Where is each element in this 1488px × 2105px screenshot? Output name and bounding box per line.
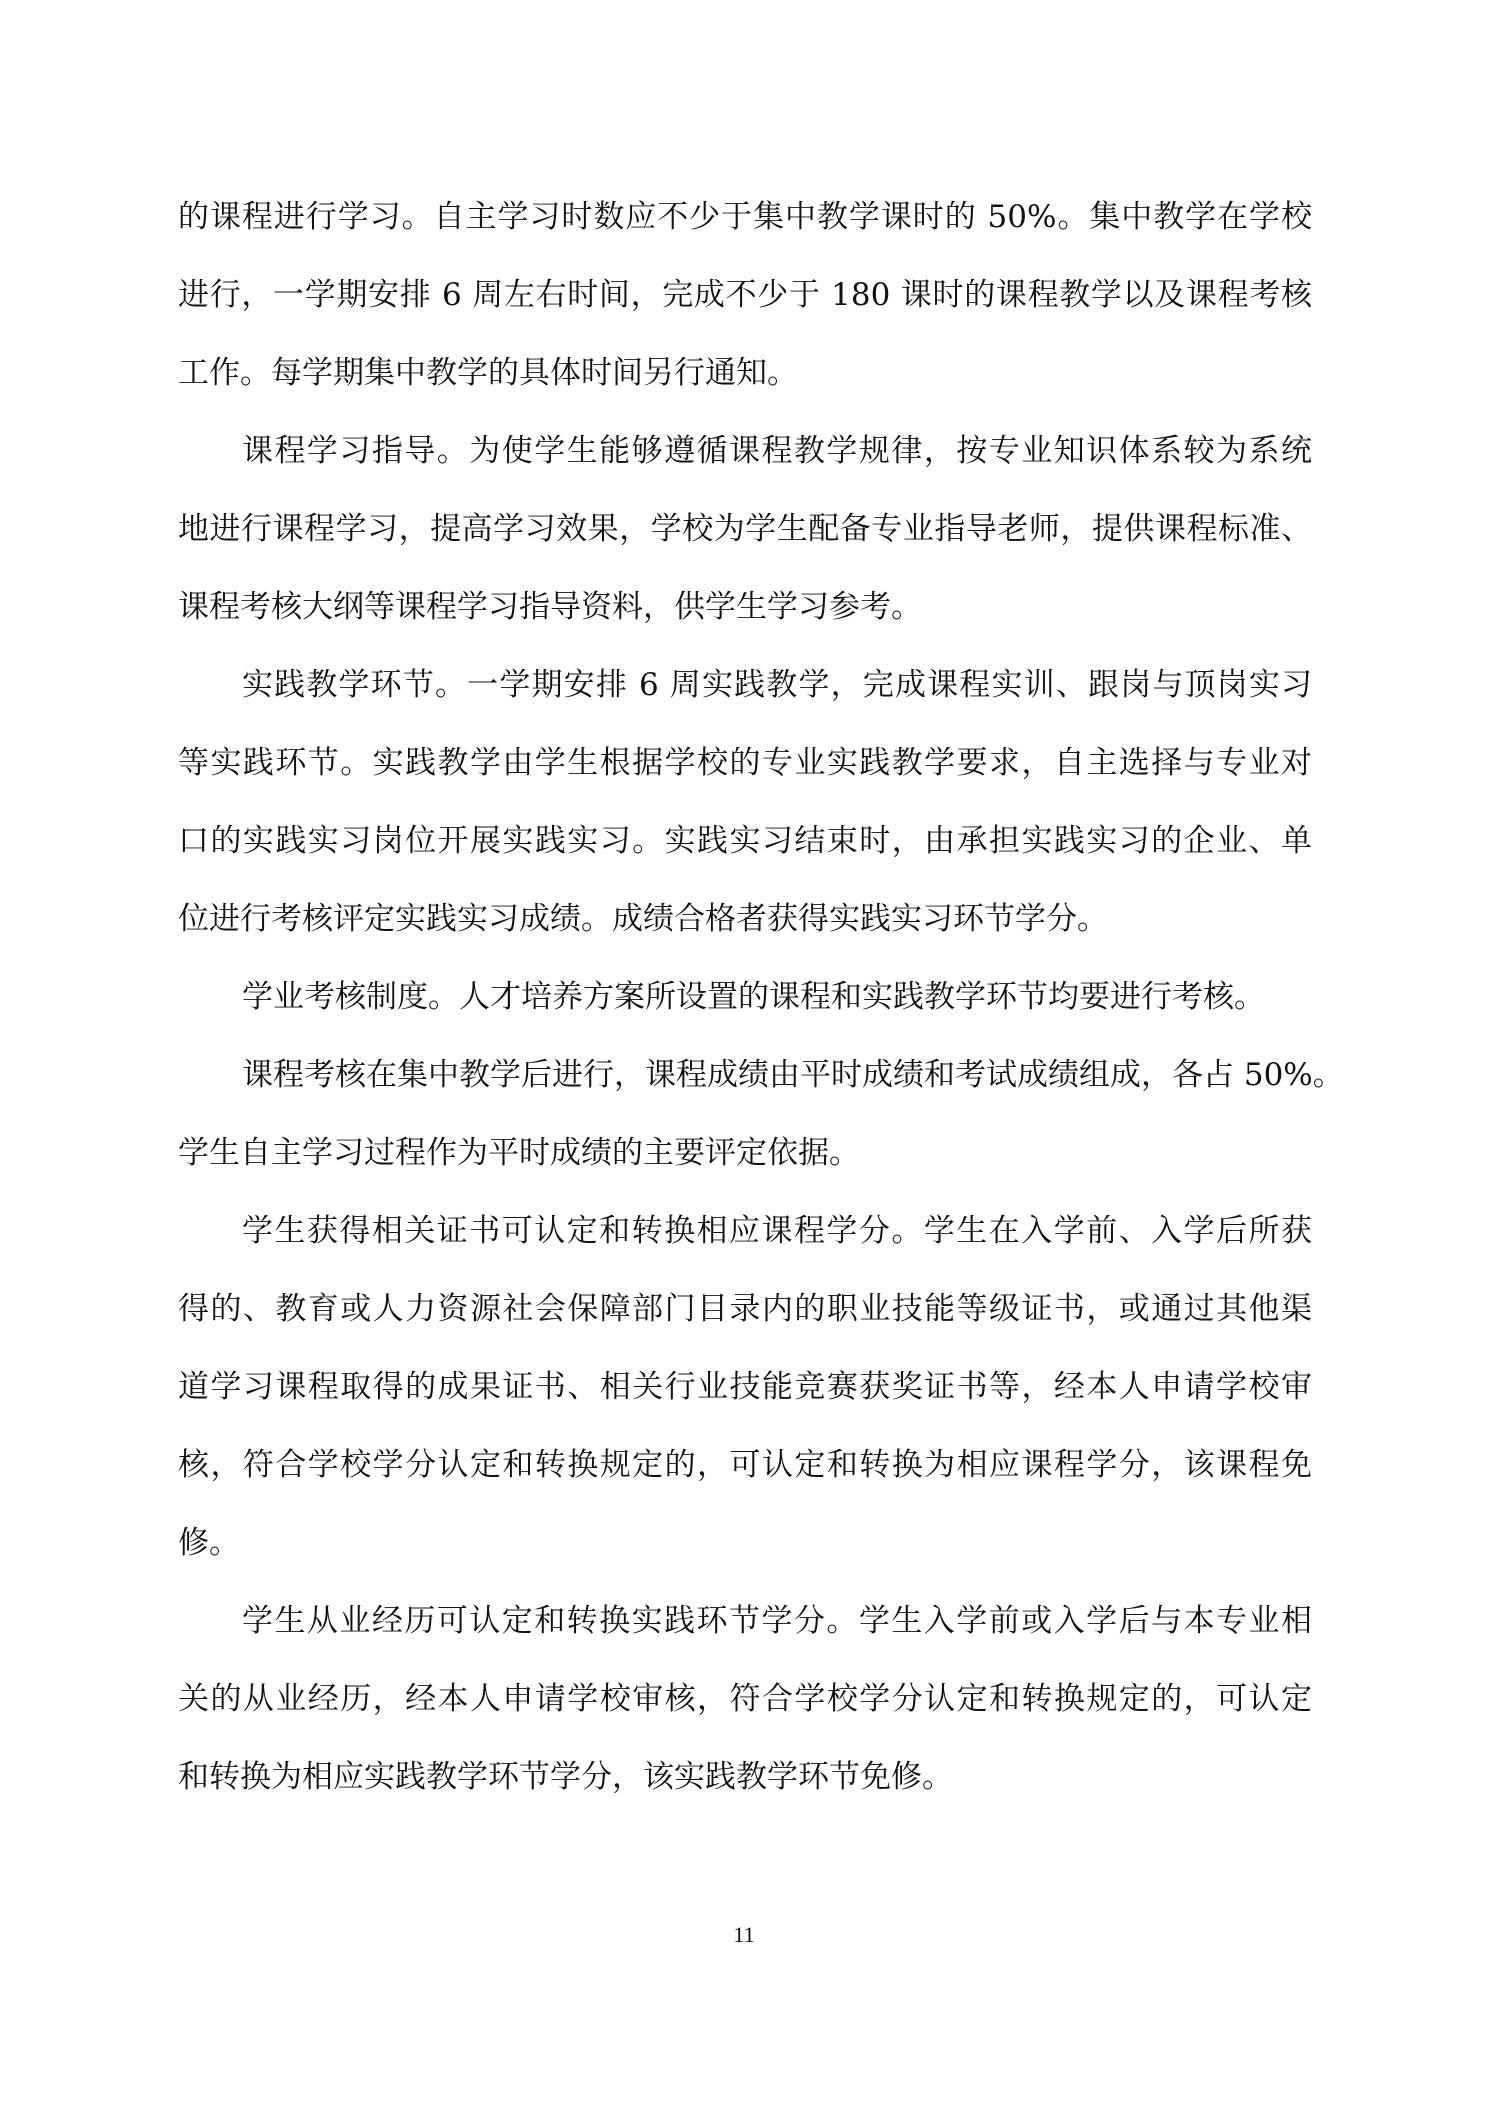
- text-line: 等实践环节。实践教学由学生根据学校的专业实践教学要求，自主选择与专业对: [178, 740, 1312, 818]
- document-page: 的课程进行学习。自主学习时数应不少于集中教学课时的 50%。集中教学在学校 进行…: [0, 0, 1488, 2105]
- text-line: 进行，一学期安排 6 周左右时间，完成不少于 180 课时的课程教学以及课程考核: [178, 272, 1312, 350]
- text-line: 的课程进行学习。自主学习时数应不少于集中教学课时的 50%。集中教学在学校: [178, 194, 1312, 272]
- paragraph-practical-teaching: 实践教学环节。一学期安排 6 周实践教学，完成课程实训、跟岗与顶岗实习 等实践环…: [178, 662, 1312, 974]
- paragraph-self-study-continued: 的课程进行学习。自主学习时数应不少于集中教学课时的 50%。集中教学在学校 进行…: [178, 194, 1312, 428]
- text-line: 位进行考核评定实践实习成绩。成绩合格者获得实践实习环节学分。: [178, 896, 1312, 974]
- text-line: 实践教学环节。一学期安排 6 周实践教学，完成课程实训、跟岗与顶岗实习: [178, 662, 1312, 740]
- text-line: 学业考核制度。人才培养方案所设置的课程和实践教学环节均要进行考核。: [178, 974, 1312, 1052]
- text-line: 课程考核大纲等课程学习指导资料，供学生学习参考。: [178, 584, 1312, 662]
- body-text: 的课程进行学习。自主学习时数应不少于集中教学课时的 50%。集中教学在学校 进行…: [178, 194, 1312, 1832]
- text-line: 得的、教育或人力资源社会保障部门目录内的职业技能等级证书，或通过其他渠: [178, 1286, 1312, 1364]
- text-line: 课程学习指导。为使学生能够遵循课程教学规律，按专业知识体系较为系统: [178, 428, 1312, 506]
- text-line: 学生获得相关证书可认定和转换相应课程学分。学生在入学前、入学后所获: [178, 1208, 1312, 1286]
- paragraph-course-guidance: 课程学习指导。为使学生能够遵循课程教学规律，按专业知识体系较为系统 地进行课程学…: [178, 428, 1312, 662]
- paragraph-course-assessment: 课程考核在集中教学后进行，课程成绩由平时成绩和考试成绩组成，各占 50%。 学生…: [178, 1052, 1312, 1208]
- text-line: 学生从业经历可认定和转换实践环节学分。学生入学前或入学后与本专业相: [178, 1598, 1312, 1676]
- paragraph-certificate-credit: 学生获得相关证书可认定和转换相应课程学分。学生在入学前、入学后所获 得的、教育或…: [178, 1208, 1312, 1598]
- paragraph-assessment-system: 学业考核制度。人才培养方案所设置的课程和实践教学环节均要进行考核。: [178, 974, 1312, 1052]
- text-line: 学生自主学习过程作为平时成绩的主要评定依据。: [178, 1130, 1312, 1208]
- text-line: 口的实践实习岗位开展实践实习。实践实习结束时，由承担实践实习的企业、单: [178, 818, 1312, 896]
- text-line: 工作。每学期集中教学的具体时间另行通知。: [178, 350, 1312, 428]
- page-number: 11: [0, 1922, 1488, 1948]
- text-line: 课程考核在集中教学后进行，课程成绩由平时成绩和考试成绩组成，各占 50%。: [178, 1052, 1312, 1130]
- paragraph-work-experience-credit: 学生从业经历可认定和转换实践环节学分。学生入学前或入学后与本专业相 关的从业经历…: [178, 1598, 1312, 1832]
- text-line: 核，符合学校学分认定和转换规定的，可认定和转换为相应课程学分，该课程免: [178, 1442, 1312, 1520]
- text-line: 修。: [178, 1520, 1312, 1598]
- text-line: 和转换为相应实践教学环节学分，该实践教学环节免修。: [178, 1754, 1312, 1832]
- text-line: 关的从业经历，经本人申请学校审核，符合学校学分认定和转换规定的，可认定: [178, 1676, 1312, 1754]
- text-line: 地进行课程学习，提高学习效果，学校为学生配备专业指导老师，提供课程标准、: [178, 506, 1312, 584]
- text-line: 道学习课程取得的成果证书、相关行业技能竞赛获奖证书等，经本人申请学校审: [178, 1364, 1312, 1442]
